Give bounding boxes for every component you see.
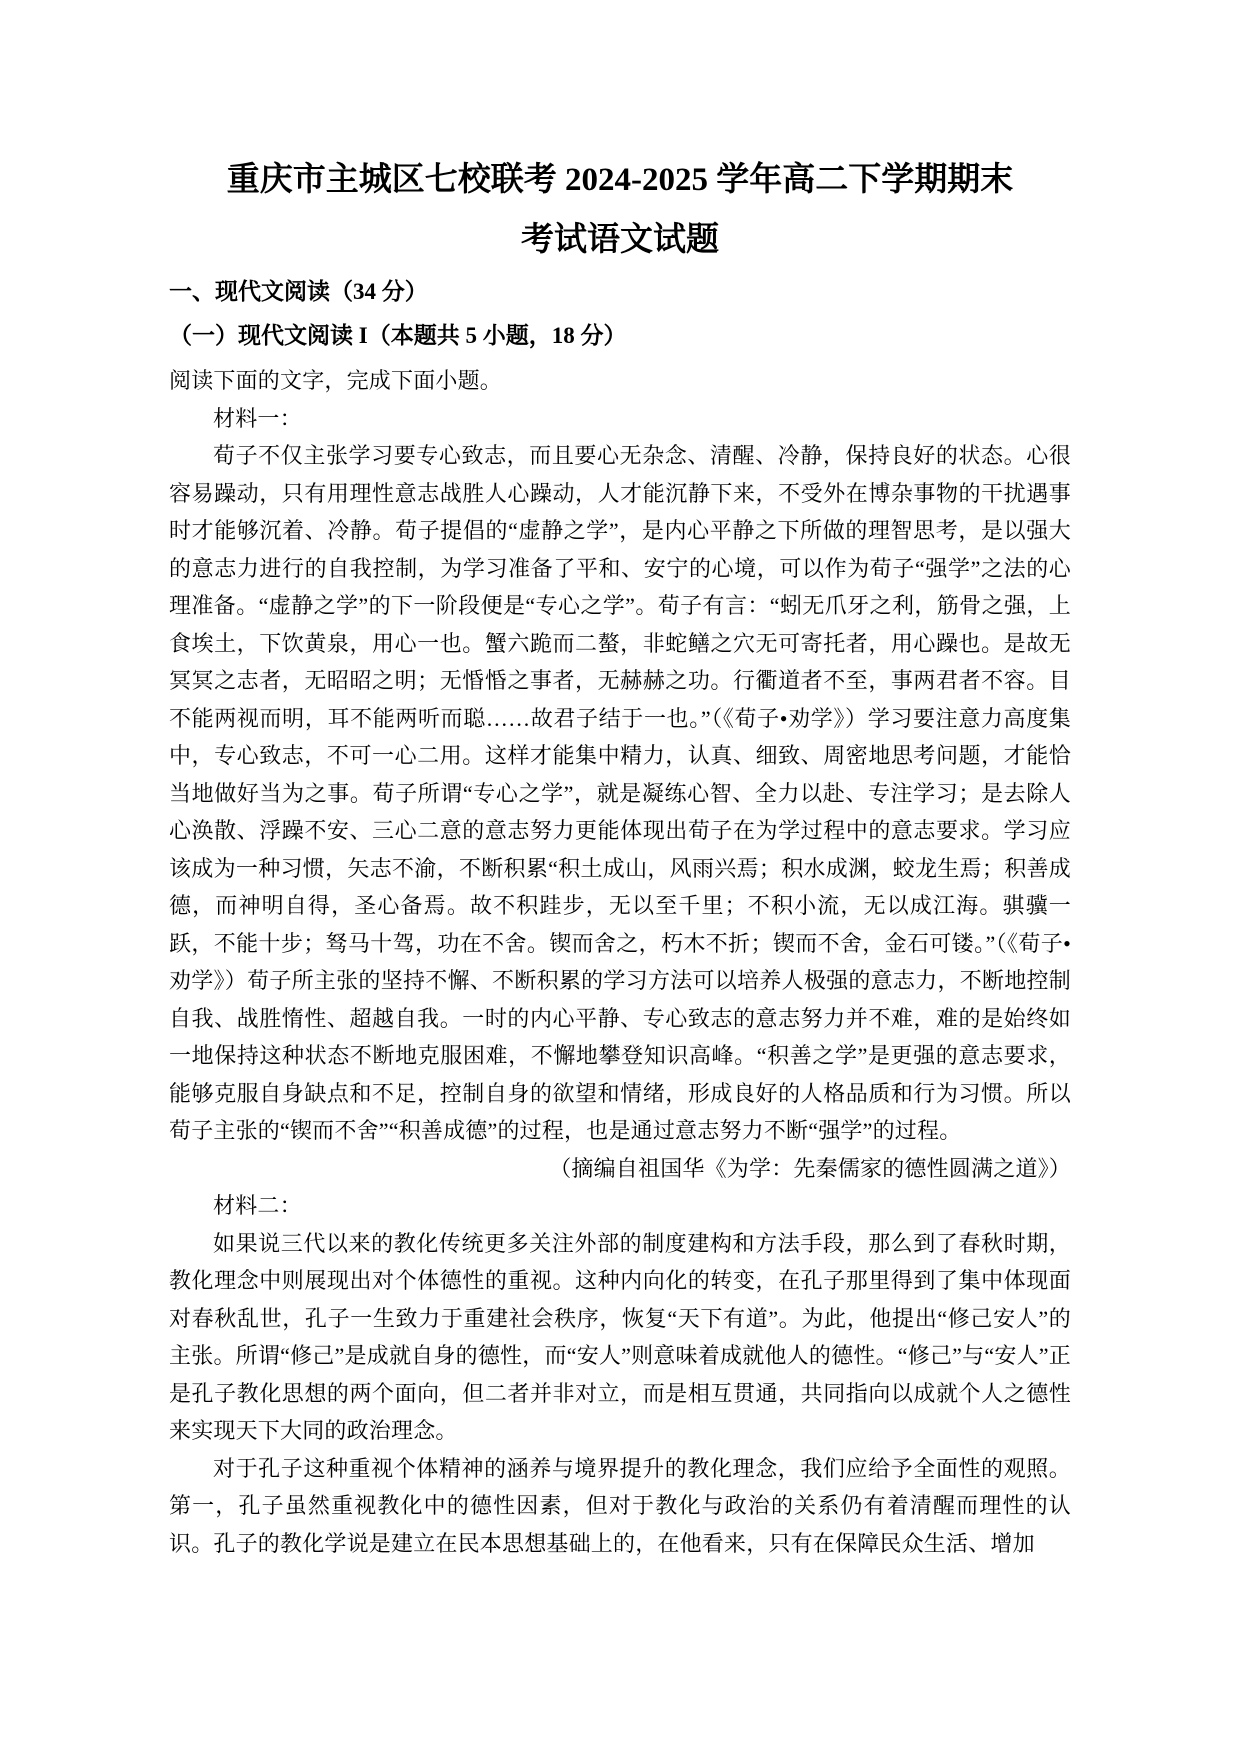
page-title-line2: 考试语文试题 xyxy=(169,218,1071,262)
material1-paragraph: 荀子不仅主张学习要专心致志，而且要心无杂念、清醒、冷静，保持良好的状态。心很容易… xyxy=(169,437,1071,1150)
section-heading-modern-reading: 一、现代文阅读（34 分） xyxy=(169,276,1071,308)
material2-paragraph-1: 如果说三代以来的教化传统更多关注外部的制度建构和方法手段，那么到了春秋时期，教化… xyxy=(169,1225,1071,1450)
reading-instruction: 阅读下面的文字，完成下面小题。 xyxy=(169,362,1071,400)
subsection-heading-reading-1: （一）现代文阅读 I（本题共 5 小题，18 分） xyxy=(169,320,1071,352)
material2-paragraph-2: 对于孔子这种重视个体精神的涵养与境界提升的教化理念，我们应给予全面性的观照。第一… xyxy=(169,1450,1071,1563)
material1-attribution: （摘编自祖国华《为学：先秦儒家的德性圆满之道》） xyxy=(169,1150,1071,1188)
exam-paper-page: 重庆市主城区七校联考 2024-2025 学年高二下学期期末 考试语文试题 一、… xyxy=(169,0,1071,1562)
page-title-line1: 重庆市主城区七校联考 2024-2025 学年高二下学期期末 xyxy=(169,158,1071,202)
material1-label: 材料一： xyxy=(169,400,1071,438)
material2-label: 材料二： xyxy=(169,1187,1071,1225)
